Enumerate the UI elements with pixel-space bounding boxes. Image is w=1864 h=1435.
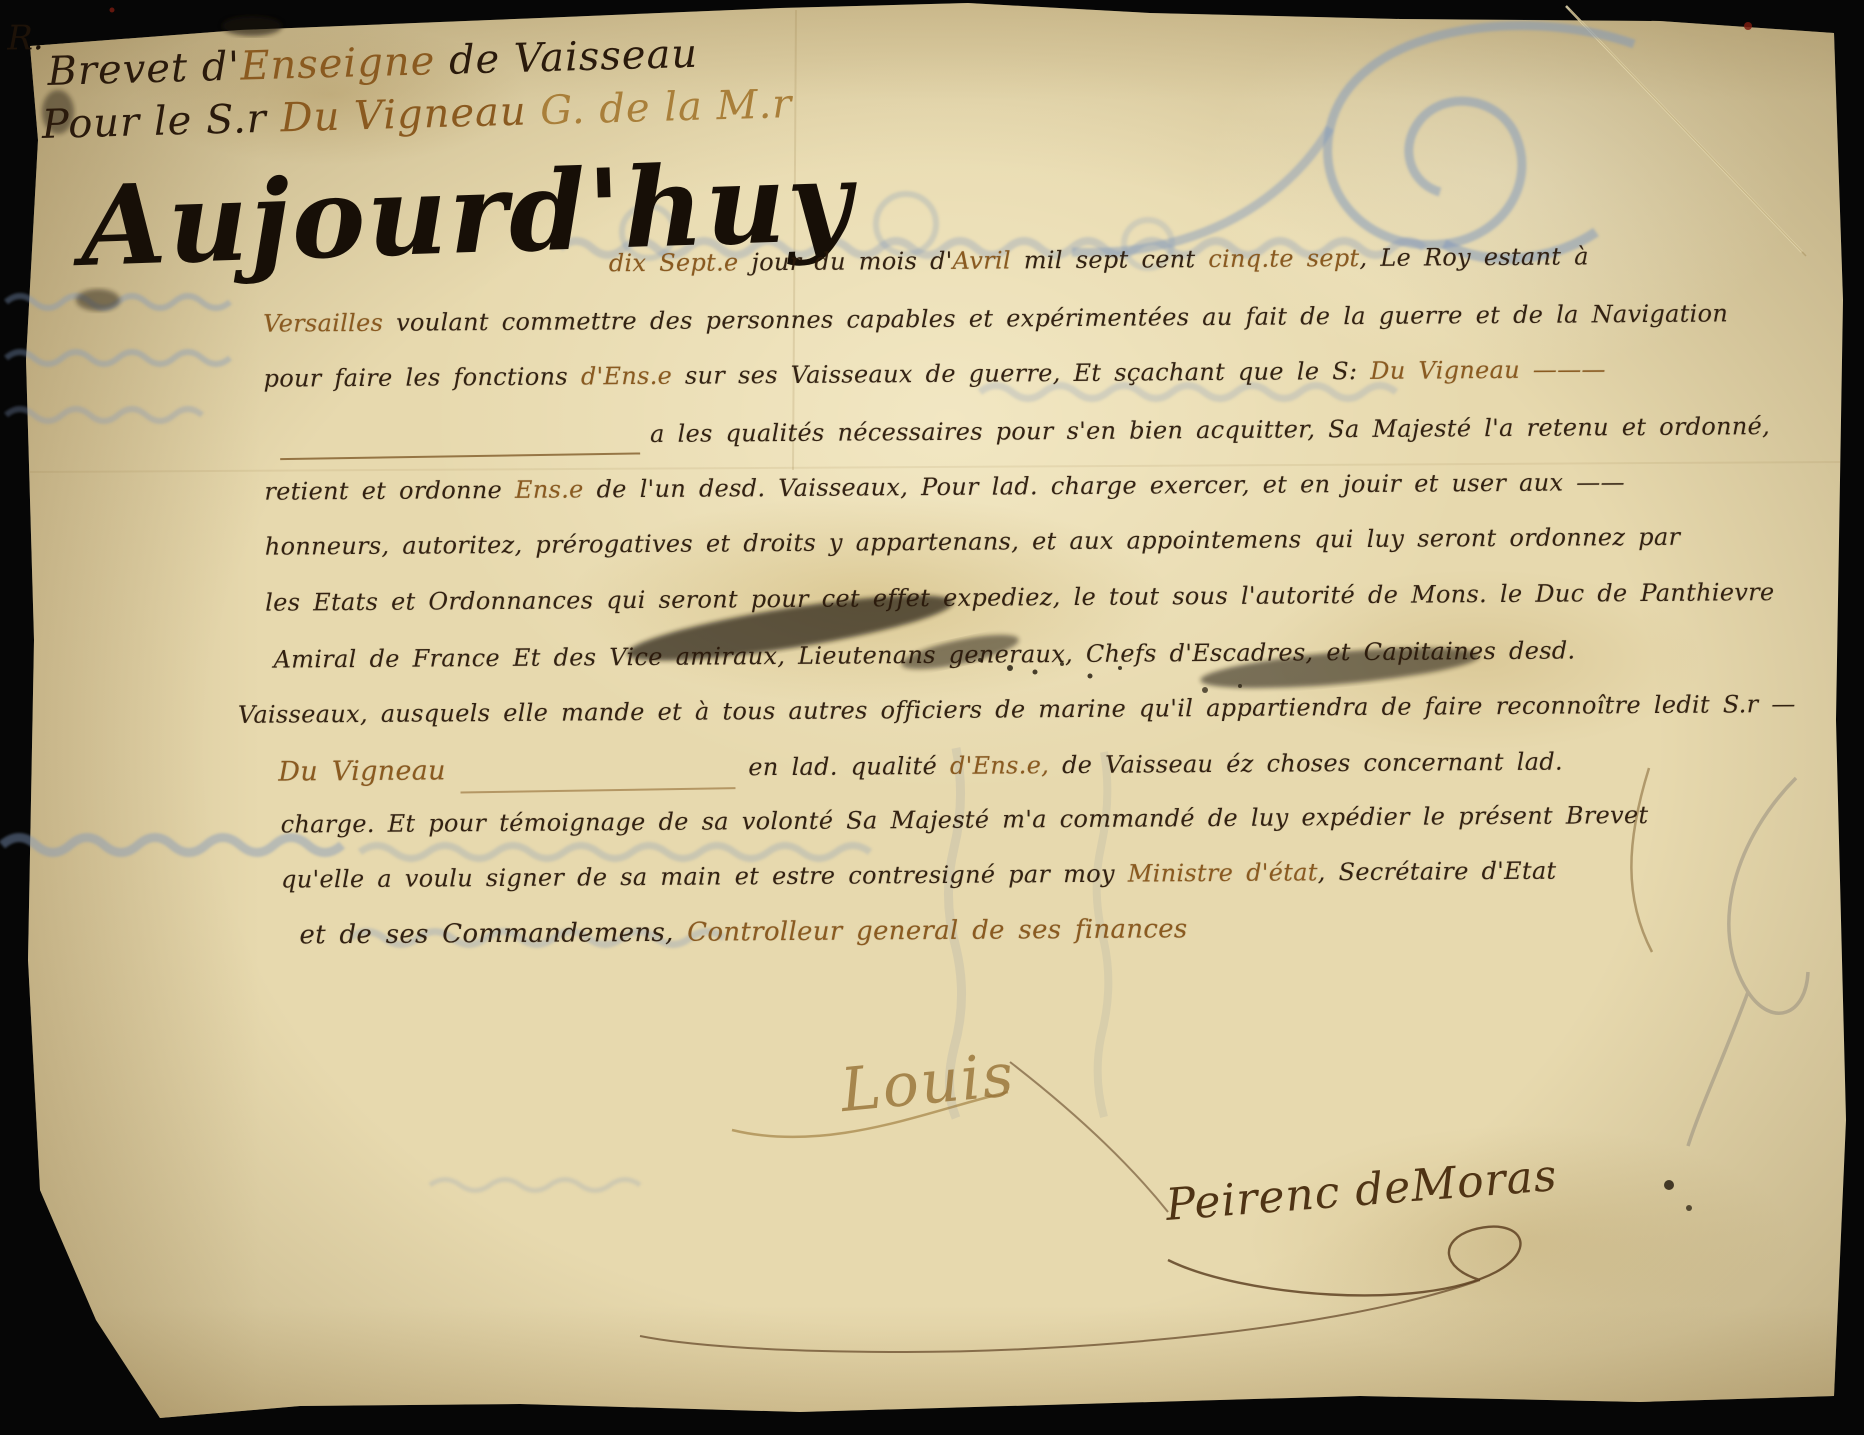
manuscript-line: Versailles voulant commettre des personn…: [263, 299, 1728, 337]
title-text: de Vaisseau: [435, 31, 699, 84]
body-text: mil sept cent: [1011, 245, 1209, 274]
body-text: charge. Et pour témoignage de sa volonté…: [281, 801, 1649, 839]
body-text: , Le Roy estant à: [1359, 242, 1589, 272]
body-text: a les qualités nécessaires pour s'en bie…: [650, 412, 1770, 448]
body-text: , Secrétaire d'Etat: [1318, 857, 1557, 887]
filled-field-rank: d'Ens.e: [581, 362, 672, 391]
manuscript-line: Vaisseaux, ausquels elle mande et à tous…: [238, 690, 1796, 729]
filled-field-title: Ministre d'état: [1128, 858, 1318, 887]
filled-field-rank: d'Ens.e,: [950, 751, 1049, 780]
body-text: et de ses Commandemens,: [299, 918, 687, 951]
filled-field-name: Du Vigneau ———: [1370, 355, 1606, 385]
body-text: jour du mois d': [738, 247, 952, 276]
filled-field-title: Controlleur general de ses finances: [687, 914, 1188, 947]
manuscript-line: pour faire les fonctions d'Ens.e sur ses…: [264, 355, 1606, 392]
body-text: Vaisseaux, ausquels elle mande et à tous…: [238, 690, 1796, 729]
body-text: qu'elle a voulu signer de sa main et est…: [281, 860, 1128, 894]
manuscript-text: R. Brevet d'Enseigne de Vaisseau Pour le…: [0, 0, 1864, 1435]
title-text: Brevet d': [47, 44, 241, 95]
countersignature: Peirenc deMoras: [1164, 1150, 1559, 1231]
body-text: honneurs, autoritez, prérogatives et dro…: [265, 523, 1681, 561]
body-text: voulant commettre des personnes capables…: [383, 299, 1728, 336]
filled-field-month: Avril: [953, 246, 1011, 274]
manuscript-line: Du Vigneau: [278, 755, 446, 787]
blank-line-stroke: [461, 787, 736, 793]
body-text: pour faire les fonctions: [264, 362, 581, 392]
filled-field-place: Versailles: [263, 309, 383, 338]
body-text: les Etats et Ordonnances qui seront pour…: [265, 578, 1774, 617]
body-text: en lad. qualité: [748, 752, 950, 781]
scan-background: R. Brevet d'Enseigne de Vaisseau Pour le…: [0, 0, 1864, 1435]
manuscript-line: les Etats et Ordonnances qui seront pour…: [265, 578, 1774, 617]
filled-field-day: dix Sept.e: [609, 248, 739, 277]
royal-signature: Louis: [838, 1040, 1018, 1126]
title-rank: Enseigne: [240, 38, 436, 89]
body-text: sur ses Vaisseaux de guerre, Et sçachant…: [672, 357, 1370, 390]
manuscript-line: honneurs, autoritez, prérogatives et dro…: [265, 523, 1681, 561]
manuscript-line: a les qualités nécessaires pour s'en bie…: [650, 412, 1770, 448]
body-text: de l'un desd. Vaisseaux, Pour lad. charg…: [584, 468, 1625, 503]
blank-line-stroke: [280, 452, 640, 460]
manuscript-line: Amiral de France Et des Vice amiraux, Li…: [273, 637, 1575, 674]
recipient-name: Du Vigneau: [280, 89, 527, 142]
filled-field-rank: Ens.e: [515, 475, 584, 503]
manuscript-line: qu'elle a voulu signer de sa main et est…: [281, 857, 1557, 894]
manuscript-line: charge. Et pour témoignage de sa volonté…: [281, 801, 1649, 839]
manuscript-line: dix Sept.e jour du mois d'Avril mil sept…: [609, 242, 1589, 277]
body-text: retient et ordonne: [264, 476, 515, 506]
filled-field-name: Du Vigneau: [278, 755, 446, 787]
registry-mark: R.: [7, 18, 44, 58]
manuscript-line: et de ses Commandemens, Controlleur gene…: [299, 914, 1187, 950]
body-text: Amiral de France Et des Vice amiraux, Li…: [273, 637, 1575, 674]
recipient-prefix: Pour le S.r: [41, 95, 281, 148]
doc-title-line: Brevet d'Enseigne de Vaisseau: [47, 31, 699, 95]
body-text: de Vaisseau éz choses concernant lad.: [1049, 748, 1563, 780]
manuscript-line: en lad. qualité d'Ens.e, de Vaisseau éz …: [748, 748, 1563, 782]
manuscript-line: retient et ordonne Ens.e de l'un desd. V…: [264, 468, 1625, 505]
recipient-abbrev: G. de la M.r: [526, 81, 793, 134]
filled-field-year: cinq.te sept: [1208, 244, 1359, 273]
